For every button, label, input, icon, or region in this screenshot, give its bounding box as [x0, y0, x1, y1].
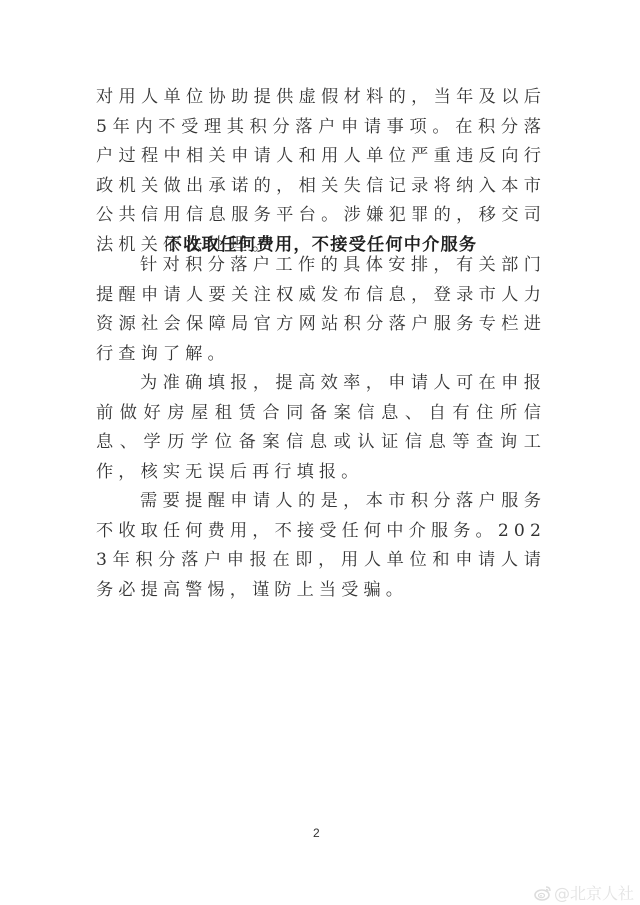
watermark: @北京人社 [534, 881, 634, 904]
body-text-section: 针对积分落户工作的具体安排，有关部门提醒申请人要关注权威发布信息，登录市人力资源… [96, 251, 546, 605]
watermark-text: @北京人社 [554, 881, 634, 904]
paragraph-follow-official-info: 针对积分落户工作的具体安排，有关部门提醒申请人要关注权威发布信息，登录市人力资源… [96, 251, 546, 369]
weibo-icon [534, 885, 552, 901]
paragraph-prepare-info: 为准确填报，提高效率，申请人可在申报前做好房屋租赁合同备案信息、自有住所信息、学… [96, 369, 546, 487]
page-number: 2 [313, 826, 320, 840]
document-page: 对用人单位协助提供虚假材料的，当年及以后5年内不受理其积分落户申请事项。在积分落… [0, 0, 640, 905]
paragraph-no-fees-warning: 需要提醒申请人的是，本市积分落户服务不收取任何费用，不接受任何中介服务。2023… [96, 487, 546, 605]
